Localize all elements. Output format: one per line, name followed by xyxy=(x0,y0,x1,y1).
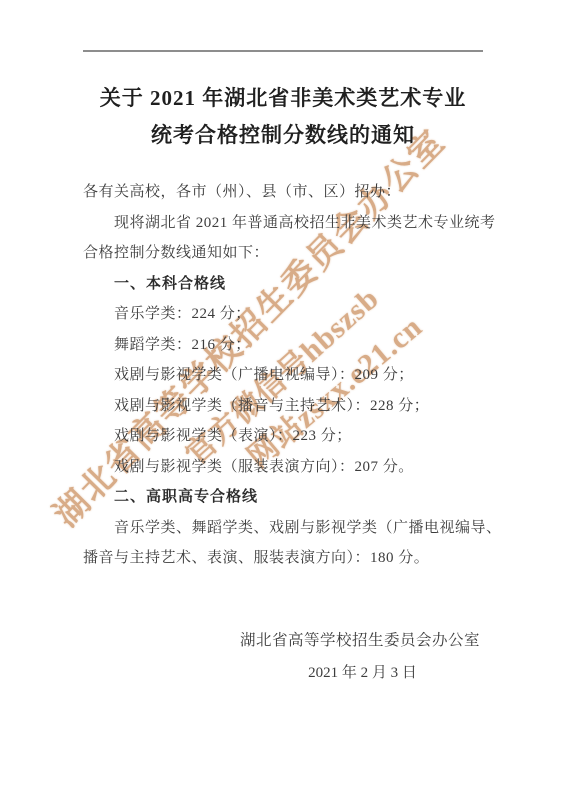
issuer-signature: 湖北省高等学校招生委员会办公室 xyxy=(240,628,480,650)
score-line-gaozhi-wrap: 播音与主持艺术、表演、服装表演方向）：180 分。 xyxy=(83,543,485,574)
section-heading-gaozhi: 二、高职高专合格线 xyxy=(83,482,485,513)
notice-title-line-2: 统考合格控制分数线的通知 xyxy=(0,117,566,154)
score-line-broadcast-editing: 戏剧与影视学类（广播电视编导）：209 分； xyxy=(83,360,485,391)
notice-title: 关于 2021 年湖北省非美术类艺术专业 统考合格控制分数线的通知 xyxy=(0,80,566,154)
notice-body: 各有关高校，各市（州）、县（市、区）招办： 现将湖北省 2021 年普通高校招生… xyxy=(83,177,485,574)
score-line-fashion-performance: 戏剧与影视学类（服装表演方向）：207 分。 xyxy=(83,452,485,483)
page-top-rule xyxy=(83,50,483,52)
score-line-music: 音乐学类：224 分； xyxy=(83,299,485,330)
issue-date: 2021 年 2 月 3 日 xyxy=(245,661,480,682)
notice-title-line-1: 关于 2021 年湖北省非美术类艺术专业 xyxy=(0,80,566,117)
body-line-salutation: 各有关高校，各市（州）、县（市、区）招办： xyxy=(83,177,485,208)
score-line-acting: 戏剧与影视学类（表演）：223 分； xyxy=(83,421,485,452)
score-line-hosting: 戏剧与影视学类（播音与主持艺术）：228 分； xyxy=(83,391,485,422)
body-line-intro: 现将湖北省 2021 年普通高校招生非美术类艺术专业统考 xyxy=(83,208,485,239)
score-line-dance: 舞蹈学类：216 分； xyxy=(83,330,485,361)
score-line-gaozhi: 音乐学类、舞蹈学类、戏剧与影视学类（广播电视编导、 xyxy=(83,513,485,544)
scanned-notice-page: 湖北省高等学校招生委员会办公室 官方微信号hbszsb 网站zsxx.e21.c… xyxy=(0,0,566,800)
body-line-intro-wrap: 合格控制分数线通知如下： xyxy=(83,238,485,269)
section-heading-benke: 一、本科合格线 xyxy=(83,269,485,300)
